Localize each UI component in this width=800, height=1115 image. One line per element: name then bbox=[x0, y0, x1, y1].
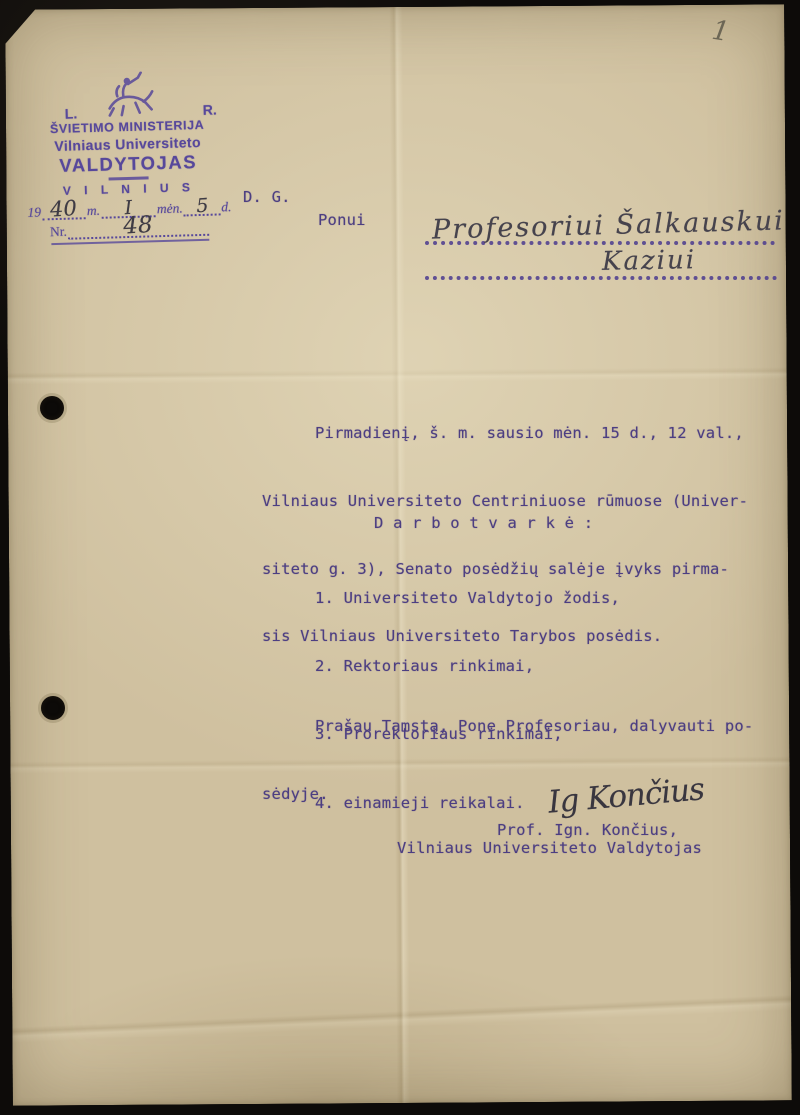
signatory-name: Prof. Ign. Končius, bbox=[497, 821, 678, 839]
official-stamp: L. R. ŠVIETIMO MINISTERIJA Vilniaus Univ… bbox=[24, 69, 233, 245]
signatory-title: Vilniaus Universiteto Valdytojas bbox=[397, 839, 702, 857]
date-prefix: 19 bbox=[27, 204, 41, 220]
addressee-name-line2: Kaziui bbox=[602, 245, 697, 277]
scanned-document-background: 1 L. R. ŠVIETIMO MINISTERIJA Vilniaus Un… bbox=[0, 0, 800, 1115]
nr-label: Nr. bbox=[50, 223, 67, 239]
nr-blank: 48 bbox=[68, 219, 210, 239]
punch-hole-bottom bbox=[41, 696, 65, 720]
agenda-item: 1. Universiteto Valdytojo žodis, bbox=[315, 582, 620, 614]
salutation-ponui: Ponui bbox=[318, 211, 366, 229]
handwritten-year: 40 bbox=[50, 197, 78, 220]
stamp-emblem-row: L. R. bbox=[24, 69, 229, 121]
date-day-blank: 5 bbox=[183, 199, 220, 216]
punch-hole-top bbox=[40, 396, 64, 420]
stamp-role: VALDYTOJAS bbox=[26, 150, 231, 178]
agenda-title: D a r b o t v a r k ė : bbox=[374, 514, 593, 532]
date-men-label: mėn. bbox=[157, 200, 183, 217]
date-m-label: m. bbox=[87, 202, 101, 218]
closing-line: Prašau Tamstą, Pone Profesoriau, dalyvau… bbox=[262, 711, 772, 743]
handwritten-day: 5 bbox=[195, 196, 208, 216]
body-line: Pirmadienį, š. m. sausio mėn. 15 d., 12 … bbox=[262, 418, 772, 450]
stamp-abbr-right: R. bbox=[202, 102, 216, 118]
stamp-abbr-left: L. bbox=[65, 105, 78, 121]
date-d-label: d. bbox=[221, 199, 232, 215]
date-year-blank: 40 bbox=[42, 203, 86, 220]
stamp-number-line: Nr. 48 bbox=[50, 219, 210, 239]
vytis-horseman-icon bbox=[95, 71, 158, 119]
handwritten-number: 48 bbox=[123, 213, 154, 238]
addressee-dotted-line-2 bbox=[425, 276, 777, 280]
body-line: Vilniaus Universiteto Centriniuose rūmuo… bbox=[262, 486, 772, 518]
salutation-dg: D. G. bbox=[243, 188, 291, 206]
stamp-divider bbox=[109, 176, 149, 180]
